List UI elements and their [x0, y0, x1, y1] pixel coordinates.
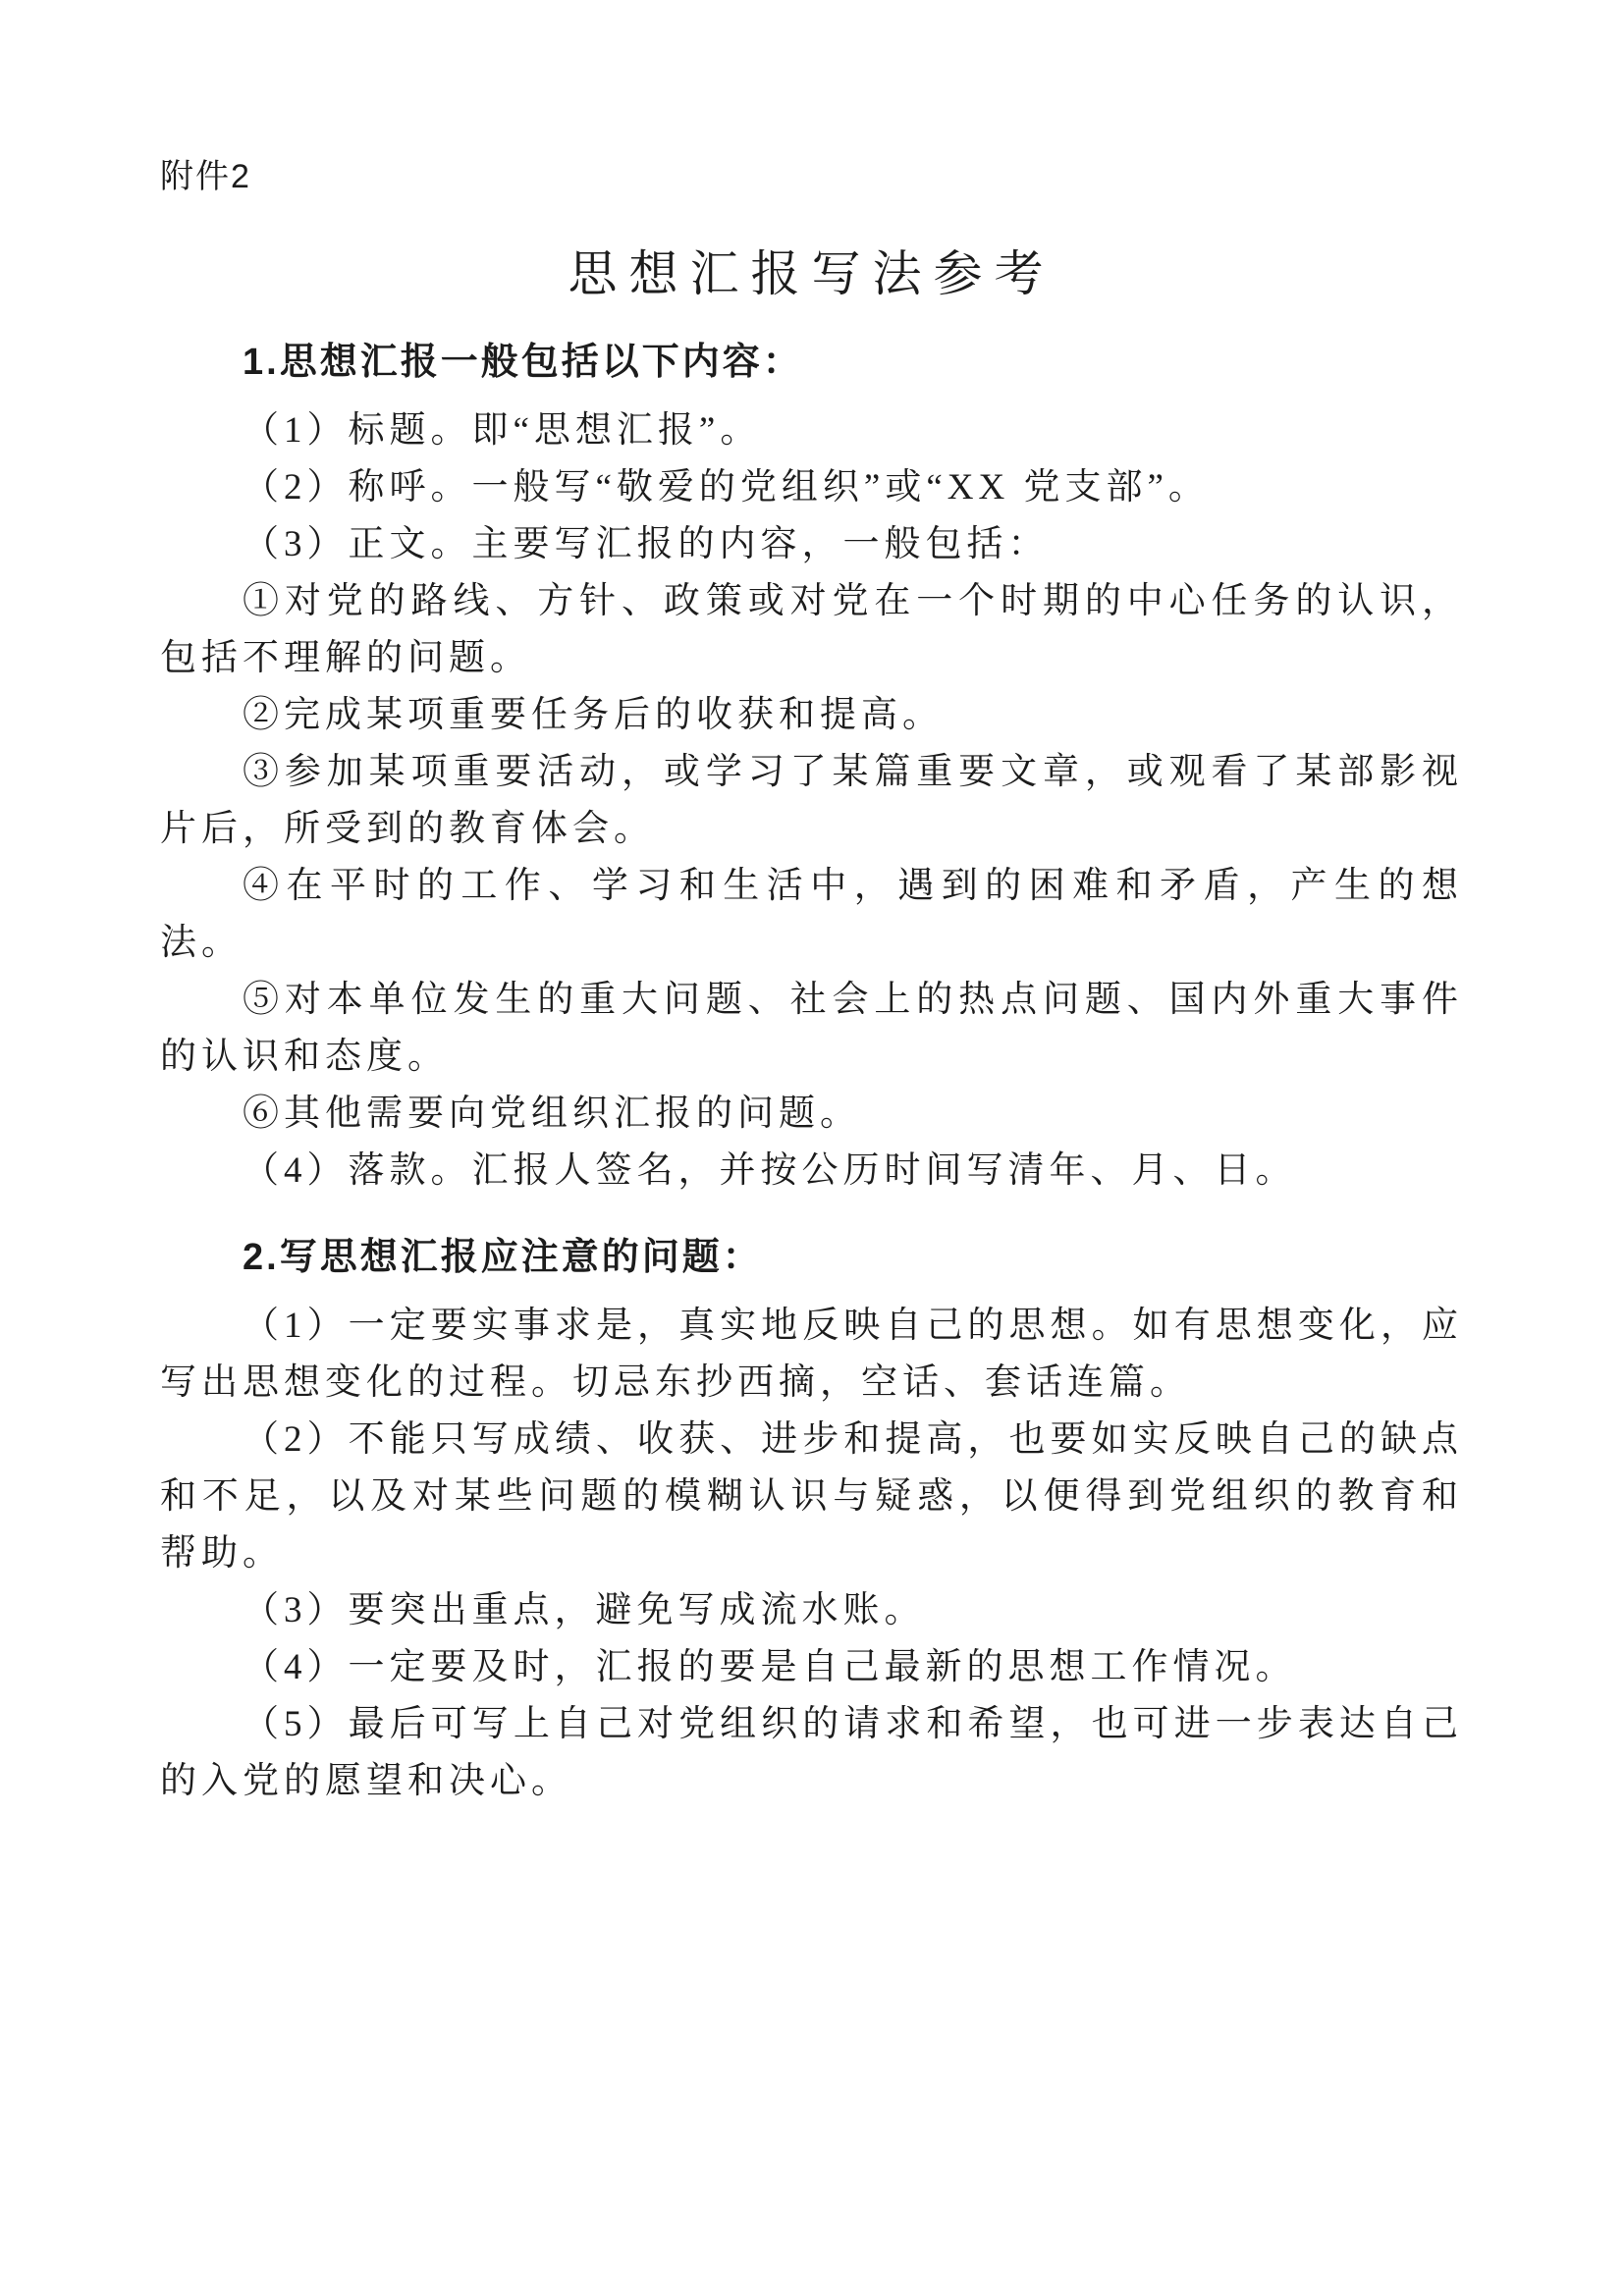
section-1-paragraph-2: （2）称呼。一般写“敬爱的党组织”或“XX 党支部”。 [160, 459, 1463, 516]
section-2-paragraph-2: （2）不能只写成绩、收获、进步和提高，也要如实反映自己的缺点和不足，以及对某些问… [160, 1412, 1463, 1582]
section-2-paragraph-5: （5）最后可写上自己对党组织的请求和希望，也可进一步表达自己的入党的愿望和决心。 [160, 1696, 1463, 1810]
section-2-paragraph-1: （1）一定要实事求是，真实地反映自己的思想。如有思想变化，应写出思想变化的过程。… [160, 1298, 1463, 1412]
section-1-heading: 1.思想汇报一般包括以下内容： [160, 334, 1463, 391]
section-1-paragraph-3: （3）正文。主要写汇报的内容，一般包括： [160, 516, 1463, 573]
section-2-paragraph-4: （4）一定要及时，汇报的要是自己最新的思想工作情况。 [160, 1639, 1463, 1696]
section-1-paragraph-10: （4）落款。汇报人签名，并按公历时间写清年、月、日。 [160, 1143, 1463, 1200]
section-1-paragraph-7: ④在平时的工作、学习和生活中，遇到的困难和矛盾，产生的想法。 [160, 858, 1463, 972]
section-1-paragraph-9: ⑥其他需要向党组织汇报的问题。 [160, 1086, 1463, 1143]
section-1-paragraph-4: ①对党的路线、方针、政策或对党在一个时期的中心任务的认识，包括不理解的问题。 [160, 573, 1463, 687]
document-page: 附件2 思想汇报写法参考 1.思想汇报一般包括以下内容： （1）标题。即“思想汇… [0, 0, 1624, 2296]
document-title: 思想汇报写法参考 [160, 243, 1463, 304]
section-1-paragraph-6: ③参加某项重要活动，或学习了某篇重要文章，或观看了某部影视片后，所受到的教育体会… [160, 744, 1463, 858]
section-1-paragraph-1: （1）标题。即“思想汇报”。 [160, 402, 1463, 459]
section-1-paragraph-8: ⑤对本单位发生的重大问题、社会上的热点问题、国内外重大事件的认识和态度。 [160, 972, 1463, 1086]
section-1-paragraph-5: ②完成某项重要任务后的收获和提高。 [160, 687, 1463, 744]
section-2-paragraph-3: （3）要突出重点，避免写成流水账。 [160, 1582, 1463, 1639]
attachment-label: 附件2 [160, 157, 1463, 196]
section-2-heading: 2.写思想汇报应注意的问题： [160, 1229, 1463, 1286]
